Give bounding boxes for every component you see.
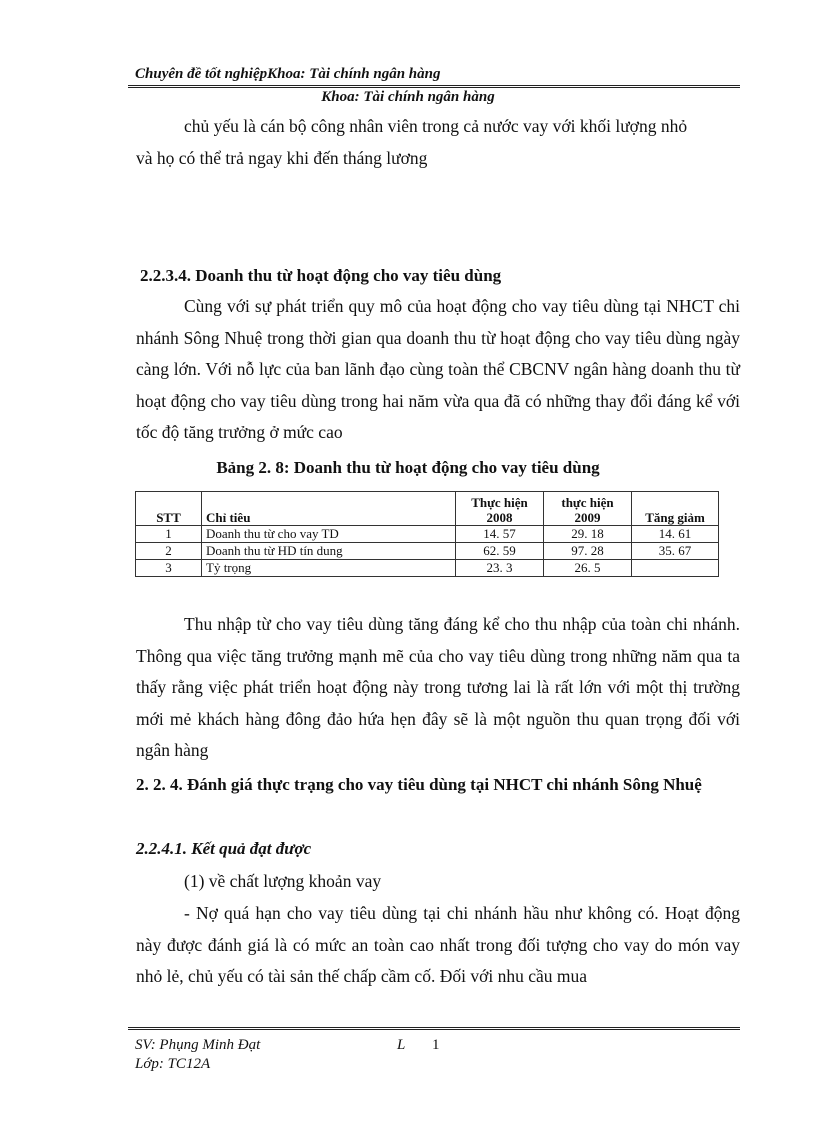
cell-2008: 62. 59 — [456, 543, 544, 560]
section-2241-heading: 2.2.4.1. Kết quả đạt được — [136, 833, 740, 865]
item-1-heading: (1) về chất lượng khoản vay — [136, 866, 740, 898]
header-tang-giam: Tăng giảm — [632, 492, 719, 526]
section-224-heading: 2. 2. 4. Đánh giá thực trạng cho vay tiê… — [136, 769, 740, 801]
intro-line-1: chủ yếu là cán bộ công nhân viên trong c… — [184, 116, 687, 136]
header-subtitle: Khoa: Tài chính ngân hàng — [0, 89, 816, 106]
cell-stt: 2 — [136, 543, 202, 560]
revenue-table: STT Chỉ tiêu Thực hiện2008 thực hiện2009… — [135, 491, 719, 577]
section-2234-text: Cùng với sự phát triển quy mô của hoạt đ… — [136, 296, 740, 442]
footer-class: Lớp: TC12A — [135, 1056, 210, 1073]
table-header-row: STT Chỉ tiêu Thực hiện2008 thực hiện2009… — [136, 492, 719, 526]
cell-tang-giam — [632, 560, 719, 577]
cell-chi-tieu: Doanh thu từ cho vay TD — [202, 526, 456, 543]
paragraph-after-table-text: Thu nhập từ cho vay tiêu dùng tăng đáng … — [136, 614, 740, 760]
cell-chi-tieu: Tỷ trọng — [202, 560, 456, 577]
section-2234-paragraph: Cùng với sự phát triển quy mô của hoạt đ… — [136, 291, 740, 449]
cell-2009: 26. 5 — [544, 560, 632, 577]
cell-2008: 23. 3 — [456, 560, 544, 577]
item-1-paragraph-text: - Nợ quá hạn cho vay tiêu dùng tại chi n… — [136, 903, 740, 986]
cell-tang-giam: 14. 61 — [632, 526, 719, 543]
section-2234-heading: 2.2.3.4. Doanh thu từ hoạt động cho vay … — [140, 260, 744, 292]
header-2008: Thực hiện2008 — [456, 492, 544, 526]
table-row: 2 Doanh thu từ HD tín dung 62. 59 97. 28… — [136, 543, 719, 560]
header-chi-tieu: Chỉ tiêu — [202, 492, 456, 526]
paragraph-after-table: Thu nhập từ cho vay tiêu dùng tăng đáng … — [136, 609, 740, 767]
intro-line-2: và họ có thể trả ngay khi đến tháng lươn… — [136, 148, 427, 168]
cell-stt: 1 — [136, 526, 202, 543]
intro-paragraph: chủ yếu là cán bộ công nhân viên trong c… — [136, 111, 740, 174]
cell-2008: 14. 57 — [456, 526, 544, 543]
cell-tang-giam: 35. 67 — [632, 543, 719, 560]
cell-2009: 97. 28 — [544, 543, 632, 560]
cell-2009: 29. 18 — [544, 526, 632, 543]
footer-student: SV: Phụng Minh Đạt — [135, 1037, 260, 1054]
header-divider — [128, 85, 740, 88]
footer-page-label: L — [397, 1037, 405, 1054]
header-2009: thực hiện2009 — [544, 492, 632, 526]
cell-chi-tieu: Doanh thu từ HD tín dung — [202, 543, 456, 560]
page-number: 1 — [432, 1037, 440, 1054]
header-title: Chuyên đề tốt nghiệpKhoa: Tài chính ngân… — [135, 66, 441, 83]
cell-stt: 3 — [136, 560, 202, 577]
table-row: 1 Doanh thu từ cho vay TD 14. 57 29. 18 … — [136, 526, 719, 543]
header-stt: STT — [136, 492, 202, 526]
item-1-text: (1) về chất lượng khoản vay — [184, 871, 381, 891]
item-1-paragraph: - Nợ quá hạn cho vay tiêu dùng tại chi n… — [136, 898, 740, 993]
table-row: 3 Tỷ trọng 23. 3 26. 5 — [136, 560, 719, 577]
footer-divider — [128, 1027, 740, 1030]
table-caption: Bảng 2. 8: Doanh thu từ hoạt động cho va… — [0, 458, 816, 478]
